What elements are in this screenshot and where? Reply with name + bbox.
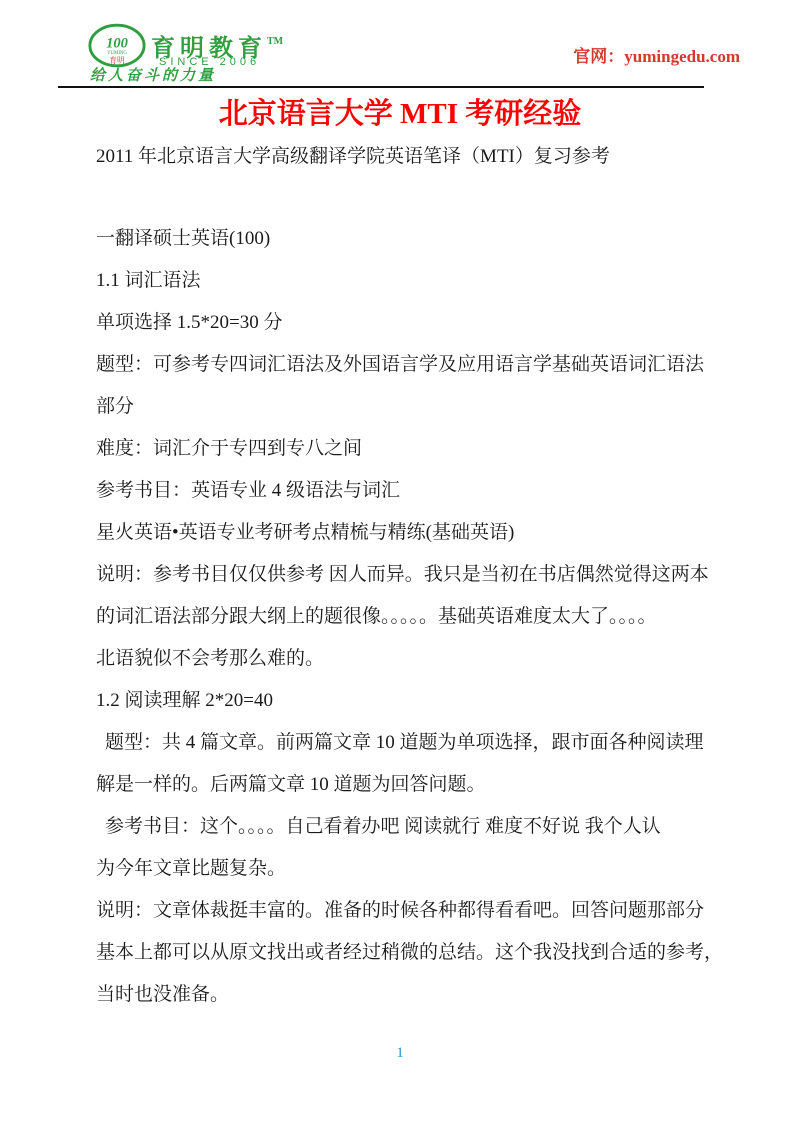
body-line: 参考书目：英语专业 4 级语法与词汇 [96,470,705,512]
body-line: 的词汇语法部分跟大纲上的题很像。。。。。基础英语难度太大了。。。。 [96,596,705,638]
trademark-mark: TM [267,36,283,47]
body-line: 单项选择 1.5*20=30 分 [96,302,705,344]
yuming-logo-icon: 100 YUMING 育明 [88,23,146,70]
body-line: 1.1 词汇语法 [96,260,705,302]
document-subtitle: 2011 年北京语言大学高级翻译学院英语笔译（MTI）复习参考 [96,142,610,172]
body-line: 说明：文章体裁挺丰富的。准备的时候各种都得看看吧。回答问题那部分 [96,890,705,932]
body-line: 难度：词汇介于专四到专八之间 [96,428,705,470]
body-line: 题型：共 4 篇文章。前两篇文章 10 道题为单项选择，跟市面各种阅读理 [96,722,705,764]
page-header: 100 YUMING 育明 育明教育TM SINCE 2006 给人奋斗的力量 … [0,0,800,90]
body-line: 北语貌似不会考那么难的。 [96,638,705,680]
brand-slogan: 给人奋斗的力量 [90,64,216,85]
body-line: 解是一样的。后两篇文章 10 道题为回答问题。 [96,764,705,806]
document-body: 一翻译硕士英语(100)1.1 词汇语法单项选择 1.5*20=30 分题型：可… [96,218,705,1016]
page-number: 1 [0,1044,800,1062]
body-line: 为今年文章比题复杂。 [96,848,705,890]
body-line: 题型：可参考专四词汇语法及外国语言学及应用语言学基础英语词汇语法 [96,344,705,386]
body-line: 基本上都可以从原文找出或者经过稍微的总结。这个我没找到合适的参考， [96,932,705,974]
document-page: 100 YUMING 育明 育明教育TM SINCE 2006 给人奋斗的力量 … [0,0,800,1131]
body-line: 1.2 阅读理解 2*20=40 [96,680,705,722]
body-line: 星火英语•英语专业考研考点精梳与精练(基础英语) [96,512,705,554]
logo-number: 100 [106,35,128,51]
body-line: 说明：参考书目仅仅供参考 因人而异。我只是当初在书店偶然觉得这两本 [96,554,705,596]
body-line: 当时也没准备。 [96,974,705,1016]
header-divider [58,86,704,88]
body-line: 一翻译硕士英语(100) [96,218,705,260]
document-title: 北京语言大学 MTI 考研经验 [0,92,800,136]
body-line: 部分 [96,386,705,428]
body-line: 参考书目：这个。。。。自己看着办吧 阅读就行 难度不好说 我个人认 [96,806,705,848]
official-site-label: 官网：yumingedu.com [573,42,740,67]
